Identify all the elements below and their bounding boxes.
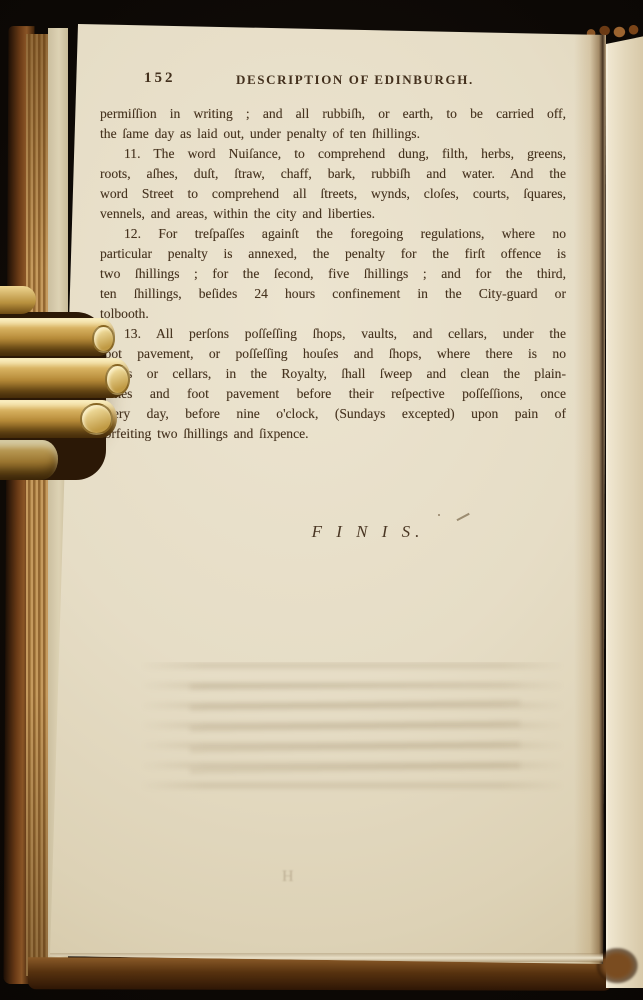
faint-signature-mark: H — [282, 868, 294, 886]
text-line: vennels, and areas, within the city and … — [100, 204, 566, 224]
page-header: 152 DESCRIPTION OF EDINBURGH. — [50, 70, 606, 94]
brass-hand-thumb — [0, 286, 36, 314]
foxing-speck — [262, 232, 264, 234]
fingernail — [92, 325, 115, 353]
running-title: DESCRIPTION OF EDINBURGH. — [236, 72, 474, 88]
fingernail — [105, 364, 130, 395]
text-line: word Street to comprehend all ſtreets, w… — [100, 184, 566, 204]
text-line: forfeiting two ſhillings and ſixpence. — [100, 424, 566, 444]
text-line: particular penalty is annexed, the penal… — [100, 244, 566, 264]
text-line: 12. For treſpaſſes againſt the foregoing… — [100, 224, 566, 244]
text-line: 13. All perſons poſſeſſing ſhops, vaults… — [100, 324, 566, 344]
gutter-crease — [574, 22, 606, 964]
show-through-text — [190, 684, 520, 780]
text-line: ſtones and foot pavement before their re… — [100, 384, 566, 404]
body-text: permiſſion in writing ; and all rubbiſh,… — [100, 104, 566, 444]
facing-page-edge — [606, 36, 643, 988]
finis-text: F I N I S. — [100, 522, 566, 542]
brass-hand-finger — [0, 440, 58, 480]
text-line: 11. The word Nuiſance, to comprehend dun… — [100, 144, 566, 164]
fingernail — [80, 403, 113, 435]
page-number: 152 — [144, 70, 176, 87]
text-line: the ſame day as laid out, under penalty … — [100, 124, 566, 144]
text-line: foot pavement, or poſſeſſing houſes and … — [100, 344, 566, 364]
text-line: permiſſion in writing ; and all rubbiſh,… — [100, 104, 566, 124]
text-line: tolbooth. — [100, 304, 566, 324]
book-photograph: 152 DESCRIPTION OF EDINBURGH. permiſſion… — [0, 0, 643, 1000]
text-line: two ſhillings ; for the ſecond, five ſhi… — [100, 264, 566, 284]
bottom-right-leather-corner — [596, 948, 643, 992]
text-line: vaults or cellars, in the Royalty, ſhall… — [100, 364, 566, 384]
text-line: ten ſhillings, beſides 24 hours confinem… — [100, 284, 566, 304]
paper-scratch — [456, 513, 469, 521]
text-line: roots, aſhes, duſt, ſtraw, chaff, bark, … — [100, 164, 566, 184]
text-line: every day, before nine o'clock, (Sundays… — [100, 404, 566, 424]
foxing-speck — [438, 514, 440, 516]
